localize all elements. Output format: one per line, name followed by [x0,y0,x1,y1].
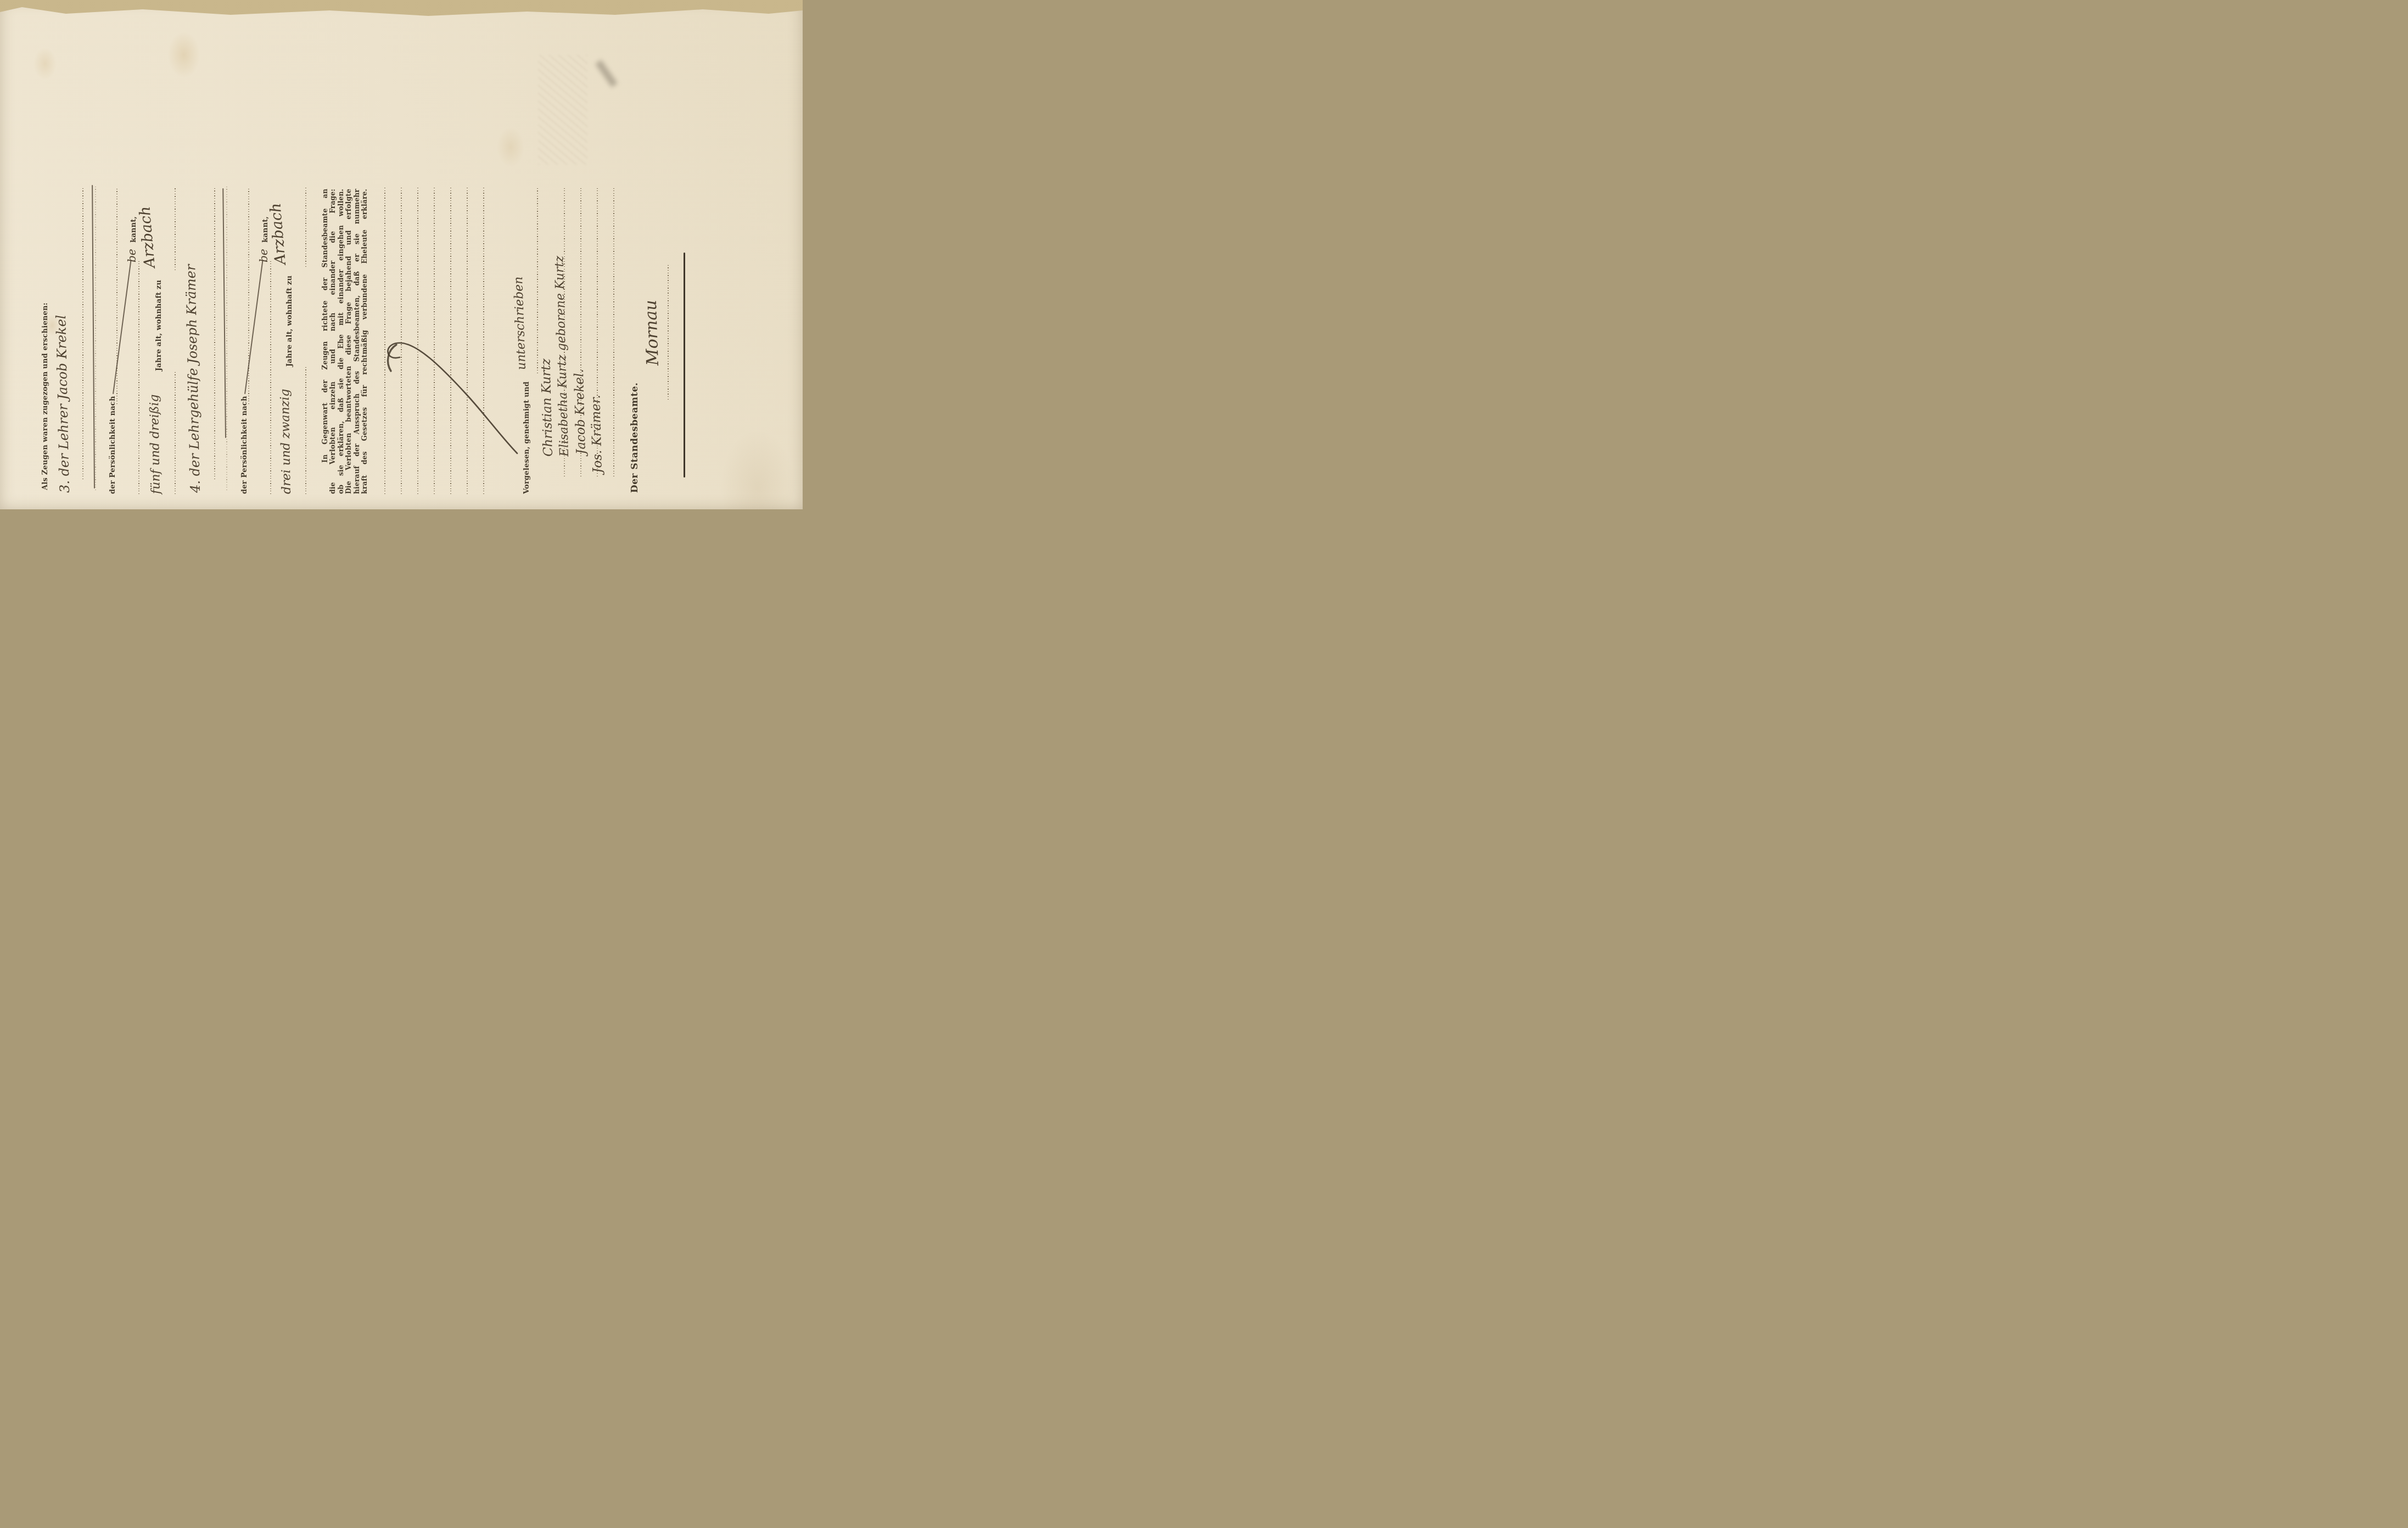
ruled-dotted-line [537,188,538,373]
ruled-dotted-line [138,261,139,494]
ruled-dotted-line [226,185,227,490]
ruled-dotted-line [401,188,402,494]
ink-bleed-through [538,55,587,165]
witness3-entry-handwritten: 3. der Lehrer Jacob Krekel [53,314,72,493]
witness3-age-printed: Jahre alt, wohnhaft zu [155,280,163,371]
ruled-dotted-line [384,188,385,494]
rotated-document: Als Zeugen waren zugezogen und erschiene… [0,0,803,509]
registrar-signature: Mornau [641,300,663,366]
declaration-line: Die Verlobten beantworteten diese Frage … [345,189,352,494]
closing-printed: Vorgelesen, genehmigt und [523,381,531,494]
declaration-line: ob sie erklären, daß sie die Ehe mit ein… [337,189,345,494]
witness4-identity-fill-handwritten: be [257,249,270,262]
witness3-identity-suffix-printed: kannt, [130,216,138,243]
ruled-dotted-line [82,188,83,479]
declaration-line: hierauf der Ausspruch des Standesbeamten… [353,189,361,494]
ruled-dotted-line [214,188,215,479]
declaration-line: kraft des Gesetzes für rechtmäßig verbun… [361,189,368,494]
witness3-identity-label-printed: der Persönlichkeit nach [109,396,117,494]
ruled-dotted-line [270,261,271,494]
ruled-dotted-line [483,188,484,494]
ruled-dotted-line [613,188,614,476]
ruled-dotted-line [95,185,96,490]
ruled-dotted-line [434,188,435,494]
ruled-dotted-line [305,188,306,267]
signature-bride: Elisabetha Kurtz geborene Kurtz [552,256,572,457]
ruled-dotted-line [450,188,451,494]
witness-intro-printed: Als Zeugen waren zugezogen und erschiene… [41,302,49,490]
scanned-register-page: Als Zeugen waren zugezogen und erschiene… [0,0,803,509]
witness4-age-handwritten: drei und zwanzig [278,389,294,494]
witness4-residence-handwritten: Arzbach [267,203,289,266]
handwritten-fill-stroke [244,260,264,394]
closing-handwritten: unterschrieben [512,276,529,370]
ruled-dotted-line [175,188,176,270]
witness3-identity-fill-handwritten: be [125,249,138,262]
ruled-dotted-line [467,188,468,494]
registrar-title-printed: Der Standesbeamte. [629,382,640,493]
witness3-age-handwritten: fünf und dreißig [148,394,163,494]
entry-closing-rule [684,252,685,477]
handwritten-fill-stroke [222,188,226,438]
ruled-dotted-line [305,367,306,494]
witness4-age-printed: Jahre alt, wohnhaft zu [285,276,294,367]
witness4-identity-label-printed: der Persönlichkeit nach [240,396,249,494]
signature-witness3: Jacob Krekel. [572,369,589,454]
witness3-residence-handwritten: Arzbach [136,206,159,269]
declaration-line: In Gegenwart der Zeugen richtete der Sta… [321,189,329,463]
signature-witness4: Jos. Krämer. [589,395,605,473]
signature-groom: Christian Kurtz [539,358,556,457]
declaration-line: die Verlobten einzeln und nach einander … [329,189,337,494]
declaration-paragraph: In Gegenwart der Zeugen richtete der Sta… [321,189,368,494]
paper-sheet: Als Zeugen waren zugezogen und erschiene… [0,0,803,509]
witness4-entry-handwritten: 4. der Lehrgehülfe Joseph Krämer [183,264,203,493]
ruled-dotted-line [175,372,176,494]
ruled-dotted-line [417,188,418,494]
handwritten-fill-stroke [113,260,132,394]
pencil-smudge [595,60,617,87]
ruled-dotted-line [668,265,669,400]
